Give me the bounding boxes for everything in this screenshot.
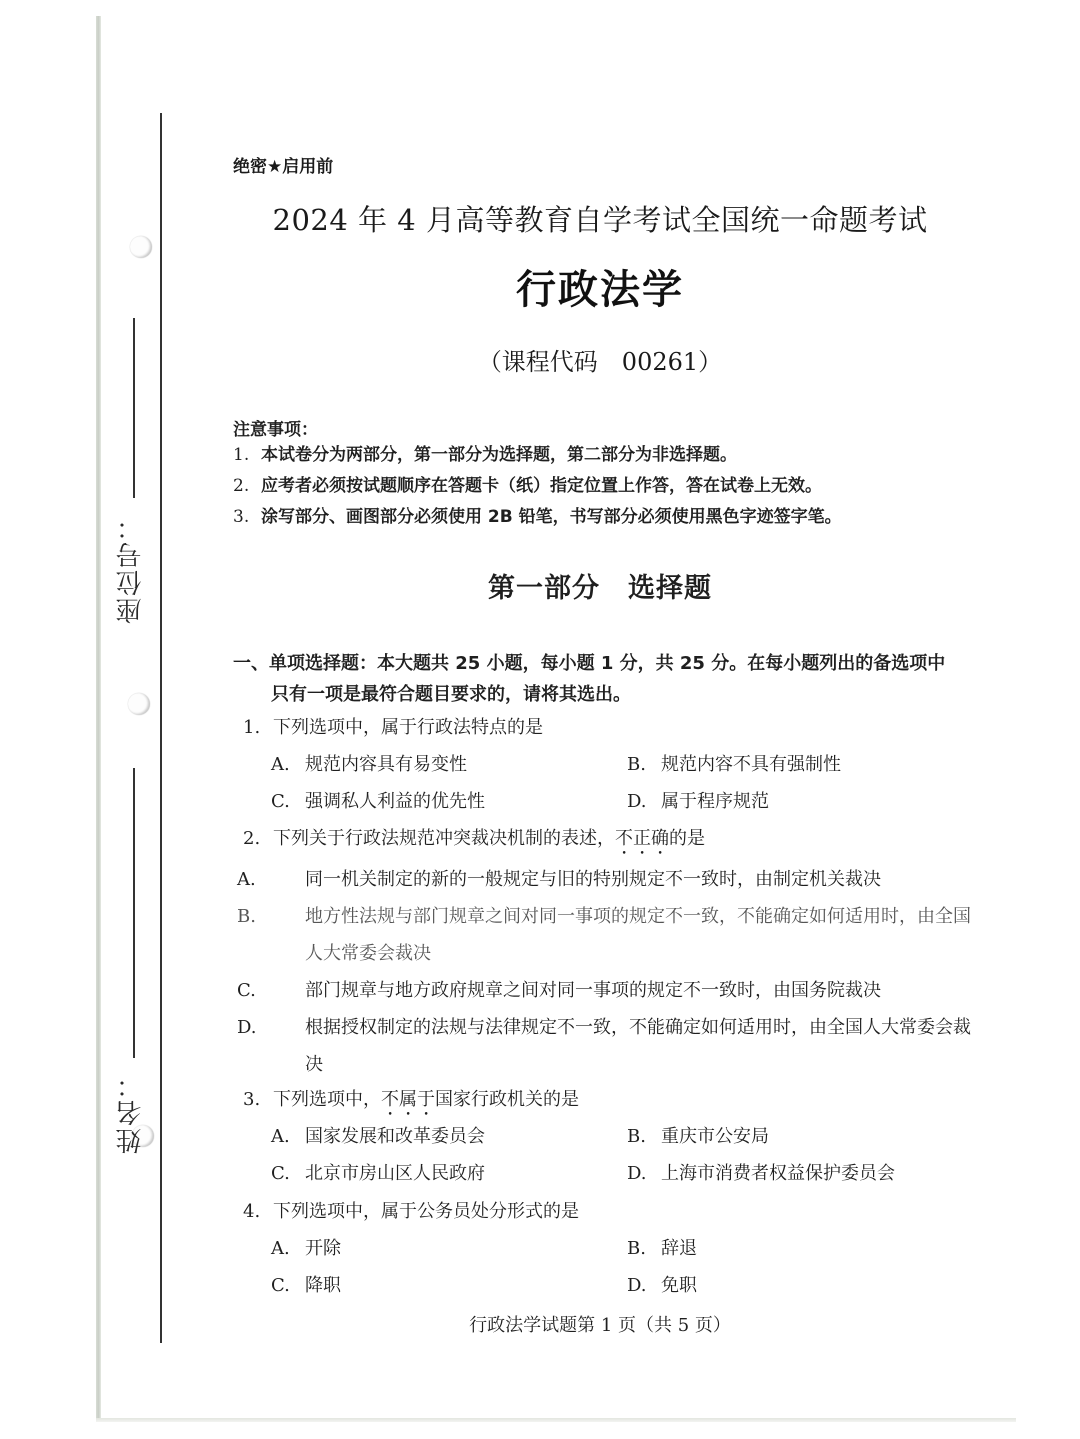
notice-number: 2.: [233, 473, 261, 499]
option-text: 属于程序规范: [661, 791, 769, 812]
option-d: D.根据授权制定的法规与法律规定不一致，不能确定如何适用时，由全国人大常委会裁决: [271, 1009, 985, 1083]
course-code: （课程代码 00261）: [220, 342, 980, 377]
question-stem: 4.下列选项中，属于公务员处分形式的是: [243, 1197, 1003, 1234]
punch-hole-icon: [130, 236, 152, 258]
options-grid: A.开除 B.辞退 C.降职 D.免职: [243, 1234, 1003, 1308]
name-blank[interactable]: [133, 768, 135, 1058]
question-stem: 3.下列选项中，不属于国家行政机关的是: [243, 1085, 1003, 1122]
option-b: B.规范内容不具有强制性: [627, 750, 987, 787]
option-text: 规范内容具有易变性: [305, 754, 467, 775]
notice-item: 3.涂写部分、画图部分必须使用 2B 铅笔，书写部分必须使用黑色字迹签字笔。: [233, 504, 842, 535]
option-text: 免职: [661, 1275, 697, 1296]
option-letter: B.: [627, 1234, 661, 1264]
seat-number-label: 座位号：: [112, 512, 149, 624]
name-label: 姓名：: [112, 1070, 149, 1154]
option-d: D.属于程序规范: [627, 787, 987, 824]
option-a: A.开除: [271, 1234, 627, 1271]
binding-line: [160, 113, 162, 1343]
option-text: 辞退: [661, 1238, 697, 1259]
notice-item: 2.应考者必须按试题顺序在答题卡（纸）指定位置上作答，答在试卷上无效。: [233, 473, 842, 504]
question-1: 1.下列选项中，属于行政法特点的是 A.规范内容具有易变性 B.规范内容不具有强…: [243, 713, 1003, 824]
options-list: A.同一机关制定的新的一般规定与旧的特别规定不一致时，由制定机关裁决 B.地方性…: [243, 861, 1003, 1083]
option-text: 部门规章与地方政府规章之间对同一事项的规定不一致时，由国务院裁决: [305, 980, 881, 1001]
question-stem: 1.下列选项中，属于行政法特点的是: [243, 713, 1003, 750]
option-letter: A.: [271, 861, 305, 898]
subject-title: 行政法学: [220, 258, 980, 315]
question-2: 2.下列关于行政法规范冲突裁决机制的表述，不正确的是 A.同一机关制定的新的一般…: [243, 824, 1003, 1083]
option-text: 规范内容不具有强制性: [661, 754, 841, 775]
option-letter: C.: [271, 1271, 305, 1301]
question-text: 下列选项中，属于公务员处分形式的是: [273, 1201, 579, 1222]
notice-item: 1.本试卷分为两部分，第一部分为选择题，第二部分为非选择题。: [233, 442, 842, 473]
option-letter: D.: [627, 1159, 661, 1189]
option-letter: D.: [627, 787, 661, 817]
classification-mark: 绝密★启用前: [233, 152, 333, 177]
option-a: A.同一机关制定的新的一般规定与旧的特别规定不一致时，由制定机关裁决: [271, 861, 985, 898]
option-b: B.地方性法规与部门规章之间对同一事项的规定不一致，不能确定如何适用时，由全国人…: [271, 898, 985, 972]
option-text: 降职: [305, 1275, 341, 1296]
notice-number: 3.: [233, 504, 261, 530]
option-text: 强调私人利益的优先性: [305, 791, 485, 812]
option-b: B.重庆市公安局: [627, 1122, 987, 1159]
option-letter: B.: [627, 1122, 661, 1152]
option-letter: C.: [271, 1159, 305, 1189]
question-text: 下列关于行政法规范冲突裁决机制的表述，: [273, 828, 615, 849]
notice-text: 本试卷分为两部分，第一部分为选择题，第二部分为非选择题。: [261, 445, 737, 465]
seat-number-blank[interactable]: [133, 318, 135, 498]
emphasized-text: 不正确: [615, 828, 669, 849]
option-letter: B.: [271, 898, 305, 935]
question-text: 下列选项中，属于行政法特点的是: [273, 717, 543, 738]
option-text: 根据授权制定的法规与法律规定不一致，不能确定如何适用时，由全国人大常委会裁决: [305, 1017, 971, 1075]
option-letter: C.: [271, 972, 305, 1009]
options-grid: A.规范内容具有易变性 B.规范内容不具有强制性 C.强调私人利益的优先性 D.…: [243, 750, 1003, 824]
question-3: 3.下列选项中，不属于国家行政机关的是 A.国家发展和改革委员会 B.重庆市公安…: [243, 1085, 1003, 1196]
option-text: 上海市消费者权益保护委员会: [661, 1163, 895, 1184]
option-letter: A.: [271, 1122, 305, 1152]
option-c: C.降职: [271, 1271, 627, 1308]
option-text: 开除: [305, 1238, 341, 1259]
question-text: 国家行政机关的是: [435, 1089, 579, 1110]
options-grid: A.国家发展和改革委员会 B.重庆市公安局 C.北京市房山区人民政府 D.上海市…: [243, 1122, 1003, 1196]
notice-text: 涂写部分、画图部分必须使用 2B 铅笔，书写部分必须使用黑色字迹签字笔。: [261, 507, 842, 527]
question-number: 4.: [243, 1197, 273, 1227]
option-letter: D.: [627, 1271, 661, 1301]
option-text: 重庆市公安局: [661, 1126, 769, 1147]
option-letter: C.: [271, 787, 305, 817]
question-number: 3.: [243, 1085, 273, 1115]
question-stem: 2.下列关于行政法规范冲突裁决机制的表述，不正确的是: [243, 824, 1003, 861]
question-number: 1.: [243, 713, 273, 743]
option-letter: B.: [627, 750, 661, 780]
option-text: 北京市房山区人民政府: [305, 1163, 485, 1184]
option-c: C.强调私人利益的优先性: [271, 787, 627, 824]
option-d: D.免职: [627, 1271, 987, 1308]
emphasized-text: 不属于: [381, 1089, 435, 1110]
option-text: 国家发展和改革委员会: [305, 1126, 485, 1147]
question-number: 2.: [243, 824, 273, 854]
page-footer: 行政法学试题第 1 页（共 5 页）: [220, 1311, 980, 1337]
option-b: B.辞退: [627, 1234, 987, 1271]
option-d: D.上海市消费者权益保护委员会: [627, 1159, 987, 1196]
notice-list: 1.本试卷分为两部分，第一部分为选择题，第二部分为非选择题。 2.应考者必须按试…: [233, 442, 842, 535]
option-a: A.规范内容具有易变性: [271, 750, 627, 787]
punch-hole-icon: [128, 693, 150, 715]
question-4: 4.下列选项中，属于公务员处分形式的是 A.开除 B.辞退 C.降职 D.免职: [243, 1197, 1003, 1308]
section-instructions: 一、单项选择题：本大题共 25 小题，每小题 1 分，共 25 分。在每小题列出…: [233, 648, 993, 710]
option-letter: A.: [271, 1234, 305, 1264]
option-text: 地方性法规与部门规章之间对同一事项的规定不一致，不能确定如何适用时，由全国人大常…: [305, 906, 971, 964]
option-a: A.国家发展和改革委员会: [271, 1122, 627, 1159]
option-c: C.部门规章与地方政府规章之间对同一事项的规定不一致时，由国务院裁决: [271, 972, 985, 1009]
option-c: C.北京市房山区人民政府: [271, 1159, 627, 1196]
option-letter: A.: [271, 750, 305, 780]
notice-heading: 注意事项：: [233, 415, 318, 440]
option-letter: D.: [271, 1009, 305, 1046]
page-edge-shadow: [96, 16, 101, 1421]
option-text: 同一机关制定的新的一般规定与旧的特别规定不一致时，由制定机关裁决: [305, 869, 881, 890]
section-intro-line: 一、单项选择题：本大题共 25 小题，每小题 1 分，共 25 分。在每小题列出…: [233, 653, 945, 674]
question-text: 下列选项中，: [273, 1089, 381, 1110]
notice-text: 应考者必须按试题顺序在答题卡（纸）指定位置上作答，答在试卷上无效。: [261, 476, 822, 496]
page-bottom-shadow: [96, 1418, 1016, 1422]
section-intro-line: 只有一项是最符合题目要求的，请将其选出。: [233, 679, 993, 710]
exam-title: 2024 年 4 月高等教育自学考试全国统一命题考试: [220, 198, 980, 239]
notice-number: 1.: [233, 442, 261, 468]
question-text: 的是: [669, 828, 705, 849]
part-title: 第一部分 选择题: [220, 566, 980, 605]
